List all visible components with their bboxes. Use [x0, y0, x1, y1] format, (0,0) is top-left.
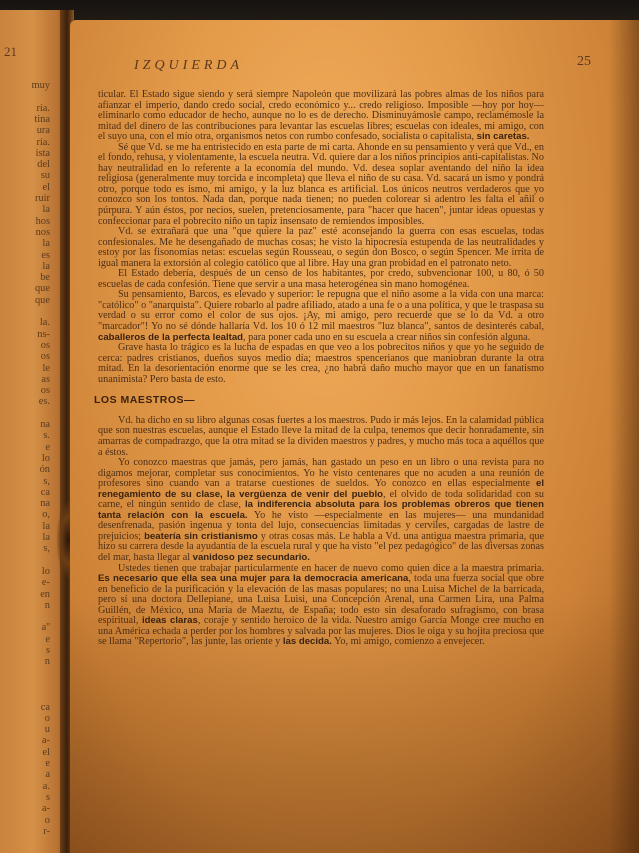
left-page-fragment: su [41, 170, 50, 181]
paragraph: Ustedes tienen que trabajar particularme… [98, 564, 544, 648]
left-page-fragment: s [46, 792, 50, 803]
paragraphs-after-heading: Vd. ha dicho en su libro algunas cosas f… [98, 416, 544, 648]
left-page-fragment: ura [37, 125, 50, 136]
emphasis-text: el renegamiento de su clase, la vergüenz… [98, 478, 544, 500]
body-text: ticular. El Estado sigue siendo y será s… [98, 90, 544, 648]
emphasis-text: sin caretas. [477, 131, 530, 142]
left-page-fragment: tina [34, 114, 50, 125]
left-page-fragment: e [45, 758, 50, 769]
left-page-fragment: be [40, 272, 50, 283]
paragraph: Vd. se extrañará que una "que quiere la … [98, 227, 544, 269]
running-head: IZQUIERDA [134, 58, 243, 74]
left-page-fragment: ría. [36, 137, 50, 148]
left-page-fragment: ca [41, 702, 50, 713]
left-page-fragment: muy [32, 80, 50, 91]
left-page-fragment: s, [43, 543, 50, 554]
left-page-fragment: n [45, 656, 50, 667]
paragraph: El Estado debería, después de un censo d… [98, 269, 544, 290]
left-page-fragment: os [41, 385, 50, 396]
left-page-fragment: en [40, 589, 50, 600]
left-page-fragment: del [37, 159, 50, 170]
left-page-fragment: nos [36, 227, 50, 238]
emphasis-text: las decida. [283, 636, 332, 647]
emphasis-text: ideas claras [142, 615, 198, 626]
left-page-fragment: la [43, 261, 51, 272]
left-page-fragment: os [41, 340, 50, 351]
left-page-fragment: la [43, 532, 51, 543]
emphasis-text: Es necesario que ella sea una mujer para… [98, 573, 408, 584]
left-page-fragment: s. [43, 430, 50, 441]
left-page-fragment: la [43, 204, 51, 215]
left-page-fragment: na [40, 498, 50, 509]
left-page-fragment: s, [43, 476, 50, 487]
emphasis-text: beatería sin cristianismo [144, 531, 258, 542]
left-page-fragment: a'' [42, 622, 50, 633]
left-page-fragment: el [43, 182, 51, 193]
left-page-fragment: os [41, 351, 50, 362]
left-page-fragment: ns- [37, 329, 50, 340]
paragraph: Su pensamiento, Barcos, es elevado y sup… [98, 290, 544, 343]
left-page-fragment: o [45, 815, 50, 826]
left-page-fragment: es [41, 250, 50, 261]
left-page-fragment: hos [36, 216, 50, 227]
emphasis-text: caballeros de la perfecta lealtad [98, 332, 243, 343]
left-page-fragment: e [45, 442, 50, 453]
paragraph: Grave hasta lo trágico es la lucha de es… [98, 343, 544, 385]
left-page-fragment: e- [42, 577, 50, 588]
left-page-fragment: u [45, 724, 50, 735]
paragraph: Vd. ha dicho en su libro algunas cosas f… [98, 416, 544, 458]
left-page-fragment: as [41, 374, 50, 385]
left-page-fragment: r- [43, 826, 50, 837]
left-page-fragment: s [46, 645, 50, 656]
left-page-fragment: a. [43, 781, 50, 792]
left-page-fragment: es. [39, 396, 50, 407]
paragraph: Sé que Vd. se me ha entristecido en esta… [98, 143, 544, 227]
left-page-fragment: lo [42, 453, 50, 464]
left-page-fragment: e [45, 634, 50, 645]
left-page-fragment: la [43, 238, 51, 249]
section-heading: LOS MAESTROS— [94, 395, 544, 406]
left-page-fragment: la [43, 521, 51, 532]
paragraph: Yo conozco maestras que jamás, pero jamá… [98, 458, 544, 563]
paragraph: ticular. El Estado sigue siendo y será s… [98, 90, 544, 143]
left-page-fragment: que [35, 283, 50, 294]
left-page-fragment: ón [40, 464, 50, 475]
left-page-fragment: la. [40, 317, 50, 328]
paragraphs-before-heading: ticular. El Estado sigue siendo y será s… [98, 90, 544, 385]
left-page-fragment: a- [42, 735, 50, 746]
left-page-fragment: ruir [35, 193, 50, 204]
left-page-fragment: n [45, 600, 50, 611]
left-page-fragment: a- [42, 803, 50, 814]
left-page-fragment: ca [41, 487, 50, 498]
left-page-fragment: le [43, 363, 51, 374]
left-page-fragment: o, [42, 509, 50, 520]
left-page-fragment: ista [36, 148, 50, 159]
page-edge-shadow [609, 20, 639, 853]
left-page-fragment: ría. [36, 103, 50, 114]
left-page-fragment: lo [42, 566, 50, 577]
right-page: IZQUIERDA 25 ticular. El Estado sigue si… [70, 20, 639, 853]
emphasis-text: vanidoso pez secundario. [193, 552, 310, 563]
left-page-number: 21 [4, 44, 17, 60]
left-page-fragment: na [40, 419, 50, 430]
left-page-fragment: que [35, 295, 50, 306]
left-page-fragment: a [45, 769, 50, 780]
page-number: 25 [577, 54, 591, 70]
left-page-fragment: el [43, 747, 51, 758]
left-page-fragment: o [45, 713, 50, 724]
emphasis-text: la indiferencia absoluta para los proble… [98, 499, 544, 521]
